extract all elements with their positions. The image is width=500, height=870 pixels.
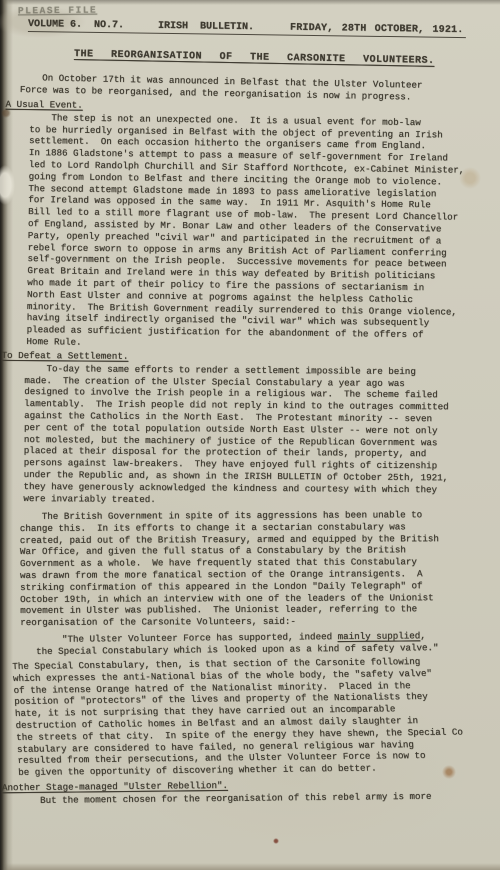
issue-number: NO.7.	[94, 20, 124, 31]
bulletin-header: VOLUME 6. NO.7. IRISH BULLETIN. FRIDAY, …	[28, 19, 466, 38]
section-defeat-settlement: To Defeat a Settlement. To-day the same …	[23, 350, 480, 508]
issue-date: FRIDAY, 28TH OCTOBER, 1921.	[290, 23, 464, 36]
article-body: On October 17th it was announced in Belf…	[28, 72, 480, 807]
masthead-title: IRISH BULLETIN.	[158, 21, 254, 33]
section-usual-event: A Usual Event. The step is not an unexpe…	[26, 99, 481, 354]
paragraph-settlement: To-day the same efforts to render a sett…	[23, 363, 480, 508]
paragraph-special-constabulary: The Special Constabulary, then, is that …	[12, 656, 487, 780]
paragraph-usual-event: The step is not an unexpected one. It is…	[26, 111, 481, 353]
section-stage-managed-rebellion: Another Stage-managed "Ulster Rebellion"…	[28, 777, 480, 806]
article-title: THE REORGANISATION OF THE CARSONITE VOLU…	[74, 49, 480, 68]
volume-label: VOLUME 6.	[28, 19, 82, 31]
paragraph-british-government: The British Government in spite of its a…	[20, 509, 481, 629]
pull-quote: "The Ulster Volunteer Force has supporte…	[36, 630, 466, 658]
please-file-stamp: PLEASE FILE	[18, 5, 97, 17]
quote-emphasis: mainly supplied	[338, 630, 421, 642]
document-page: PLEASE FILE VOLUME 6. NO.7. IRISH BULLET…	[0, 0, 500, 870]
